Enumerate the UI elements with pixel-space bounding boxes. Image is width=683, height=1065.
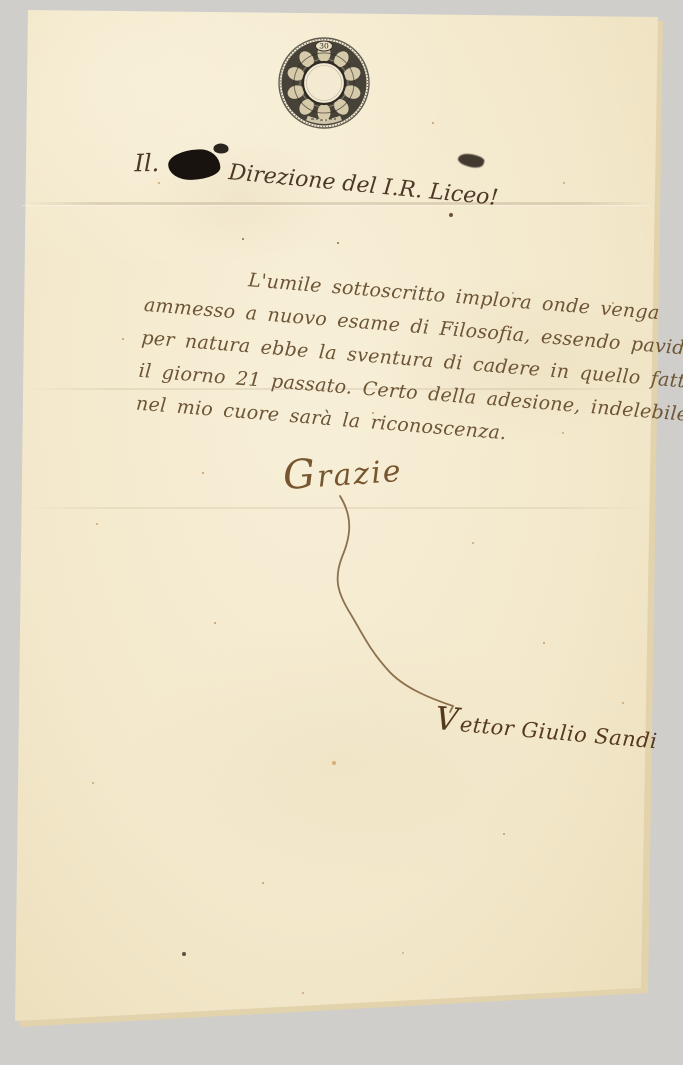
paper-specks — [0, 0, 2, 2]
stamp-denomination: 30 — [319, 42, 329, 51]
salutation-prefix: Il. — [134, 149, 159, 177]
closing-word: Grazie — [282, 445, 404, 499]
ink-blot-icon — [167, 149, 220, 181]
scanned-document: 30 Il. Direzione del I.R. Liceo! L'umile… — [0, 0, 683, 1065]
paper-sheet — [0, 0, 683, 1065]
revenue-stamp-icon: 30 — [277, 36, 371, 130]
